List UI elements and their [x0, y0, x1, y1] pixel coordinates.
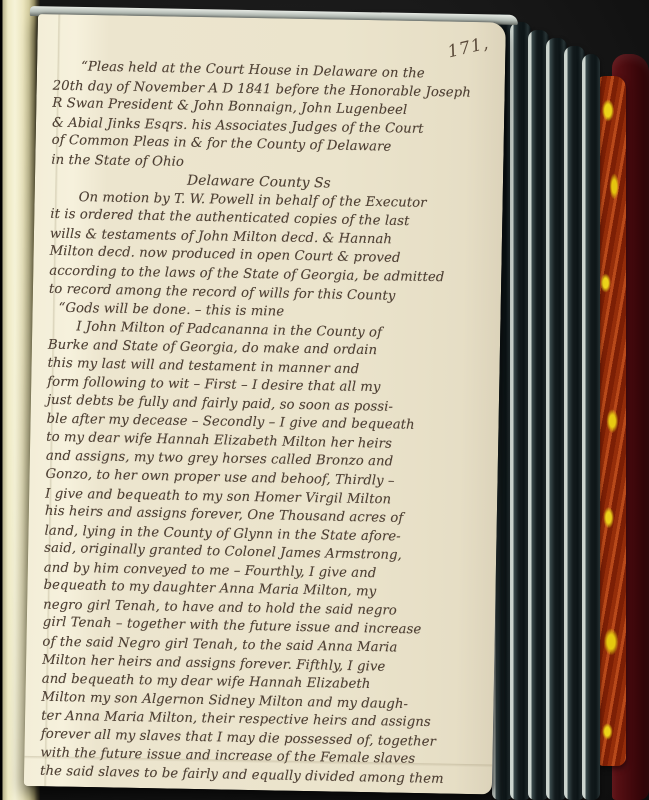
record-book-photo: 171, “Pleas held at the Court House in D… — [0, 0, 649, 800]
book-page-edges — [492, 14, 602, 800]
page-number: 171, — [446, 33, 491, 62]
handwritten-text: “Pleas held at the Court House in Delawa… — [40, 58, 499, 789]
manuscript-page: 171, “Pleas held at the Court House in D… — [24, 14, 506, 794]
page-edge-strip — [582, 54, 600, 800]
